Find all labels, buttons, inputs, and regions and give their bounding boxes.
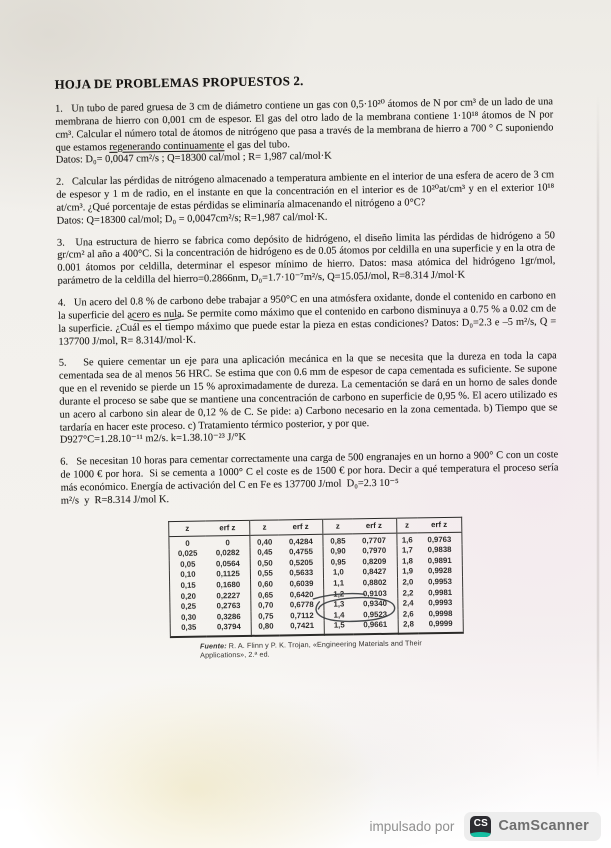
column-header: erf z <box>417 517 462 533</box>
table-cell: 0,0564 <box>206 559 251 570</box>
table-cell: 0,9891 <box>418 556 463 567</box>
table-cell: 0,0282 <box>206 548 251 559</box>
cs-logo-letters: CS <box>474 816 488 831</box>
table-row: 0,350,37940,800,74211,50,96612,80,9999 <box>170 619 463 637</box>
problem-5: 5. Se quiere cementar un eje para una ap… <box>59 351 558 448</box>
table-cell: 0,75 <box>251 611 280 622</box>
table-cell: 0,80 <box>251 622 280 636</box>
table-cell: 0,70 <box>251 601 280 612</box>
table-cell: 0,8427 <box>352 567 397 578</box>
table-cell: 0,9928 <box>418 566 463 577</box>
table-cell: 0,9998 <box>418 609 463 620</box>
table-cell: 1,3 <box>324 600 353 611</box>
problem-list: 1. Un tubo de pared gruesa de 3 cm de di… <box>55 96 559 508</box>
table-cell: 0,60 <box>251 579 280 590</box>
table-cell: 0,55 <box>251 569 280 580</box>
table-cell: 0,85 <box>323 533 352 547</box>
problem-2: 2. Calcular las pérdidas de nitrógeno al… <box>56 170 555 229</box>
column-header: erf z <box>205 520 250 536</box>
problem-6: 6. Se necesitan 10 horas para cementar c… <box>60 450 559 509</box>
table-cell: 0,4755 <box>279 547 324 558</box>
table-cell: 0,4284 <box>279 534 324 548</box>
camscanner-brand-text: CamScanner <box>498 818 589 834</box>
column-header: z <box>396 518 417 533</box>
problem-1: 1. Un tubo de pared gruesa de 3 cm de di… <box>55 96 554 168</box>
table-cell: 0,6420 <box>280 589 325 600</box>
powered-by-text: impulsado por <box>370 819 455 834</box>
table-cell: 0,95 <box>324 557 353 568</box>
table-cell: 0,3286 <box>207 612 252 623</box>
scanned-document-page: HOJA DE PROBLEMAS PROPUESTOS 2. 1. Un tu… <box>0 0 611 848</box>
table-cell: 0,35 <box>170 623 207 637</box>
table-cell: 0,025 <box>169 549 206 560</box>
page-title: HOJA DE PROBLEMAS PROPUESTOS 2. <box>55 70 553 92</box>
table-cell: 0,1125 <box>206 569 251 580</box>
table-cell: 1,7 <box>397 546 418 557</box>
table-cell: 0,8209 <box>352 557 397 568</box>
table-cell: 1,6 <box>396 533 417 546</box>
table-cell: 2,8 <box>398 620 419 634</box>
table-cell: 0,6039 <box>279 579 324 590</box>
table-cell: 0,9103 <box>353 588 398 599</box>
table-cell: 0,25 <box>170 602 207 613</box>
erf-table-container: zerf zzerf zzerf zzerf z 000,400,42840,8… <box>168 516 464 660</box>
table-cell: 0,9993 <box>418 598 463 609</box>
table-cell: 0,2227 <box>206 590 251 601</box>
table-cell: 0,50 <box>250 558 279 569</box>
erf-table-body: 000,400,42840,850,77071,60,97630,0250,02… <box>169 532 463 637</box>
column-header: erf z <box>352 518 397 534</box>
table-cell: 0,3794 <box>207 622 252 636</box>
table-cell: 2,4 <box>397 599 418 610</box>
table-cell: 0,05 <box>169 559 206 570</box>
table-cell: 0,7112 <box>280 611 325 622</box>
table-cell: 0,9661 <box>353 620 398 634</box>
table-cell: 0,5205 <box>279 558 324 569</box>
camscanner-badge[interactable]: CS CamScanner <box>464 812 601 841</box>
problem-4: 4. Un acero del 0.8 % de carbono debe tr… <box>58 290 557 349</box>
table-cell: 0,20 <box>170 591 207 602</box>
table-cell: 0 <box>205 535 250 549</box>
document-content: HOJA DE PROBLEMAS PROPUESTOS 2. 1. Un tu… <box>55 70 562 661</box>
table-cell: 2,6 <box>398 609 419 620</box>
table-cell: 0,1680 <box>206 580 251 591</box>
table-cell: 0,9981 <box>418 587 463 598</box>
logo-teal-swoosh <box>470 832 491 837</box>
problem-3: 3. Una estructura de hierro se fabrica c… <box>57 230 556 289</box>
table-cell: 0,5633 <box>279 568 324 579</box>
table-cell: 1,5 <box>325 621 354 635</box>
table-cell: 2,0 <box>397 577 418 588</box>
table-cell: 1,9 <box>397 567 418 578</box>
problem-text: 6. Se necesitan 10 horas para cementar c… <box>60 450 561 507</box>
table-cell: 0,9340 <box>353 599 398 610</box>
table-cell: 2,2 <box>397 588 418 599</box>
table-cell: 0,15 <box>170 581 207 592</box>
table-cell: 0,8802 <box>353 578 398 589</box>
camscanner-watermark: impulsado por CS CamScanner <box>370 809 601 843</box>
table-cell: 0,6778 <box>280 600 325 611</box>
underlined-phrase: acero es nula. <box>127 309 184 322</box>
table-cell: 1,1 <box>324 578 353 589</box>
table-cell: 1,4 <box>324 610 353 621</box>
erf-table: zerf zzerf zzerf zzerf z 000,400,42840,8… <box>168 516 464 638</box>
table-cell: 0,7707 <box>352 533 397 547</box>
column-header: z <box>323 518 352 533</box>
table-cell: 0,65 <box>251 590 280 601</box>
source-text: R. A. Flinn y P. K. Trojan, «Engineering… <box>200 638 422 659</box>
column-header: erf z <box>278 519 323 535</box>
table-cell: 1,0 <box>324 568 353 579</box>
table-cell: 0,9763 <box>417 532 462 546</box>
table-cell: 1,2 <box>324 589 353 600</box>
table-cell: 0,9999 <box>419 619 464 633</box>
column-header: z <box>169 521 206 537</box>
table-cell: 1,8 <box>397 556 418 567</box>
table-cell: 0,10 <box>169 570 206 581</box>
table-cell: 0 <box>169 536 206 550</box>
table-cell: 0,7421 <box>280 621 325 635</box>
paper-edge-shadow <box>597 95 599 778</box>
table-cell: 0,90 <box>323 547 352 558</box>
table-cell: 0,9953 <box>418 577 463 588</box>
source-label: Fuente: <box>200 641 227 650</box>
underlined-phrase: regenerando continuamente <box>109 140 224 153</box>
table-cell: 0,7970 <box>352 546 397 557</box>
table-cell: 0,45 <box>250 548 279 559</box>
problem-text: 5. Se quiere cementar un eje para una ap… <box>59 351 560 446</box>
table-source: Fuente: R. A. Flinn y P. K. Trojan, «Eng… <box>200 638 464 660</box>
problem-text: 2. Calcular las pérdidas de nitrógeno al… <box>56 170 557 227</box>
table-cell: 0,40 <box>250 535 279 549</box>
problem-text: 3. Una estructura de hierro se fabrica c… <box>57 230 558 287</box>
table-cell: 0,30 <box>170 612 207 623</box>
table-cell: 0,9838 <box>417 545 462 556</box>
table-cell: 0,9523 <box>353 609 398 620</box>
table-cell: 0,2763 <box>206 601 251 612</box>
camscanner-logo-icon: CS <box>470 816 491 837</box>
column-header: z <box>250 520 279 535</box>
